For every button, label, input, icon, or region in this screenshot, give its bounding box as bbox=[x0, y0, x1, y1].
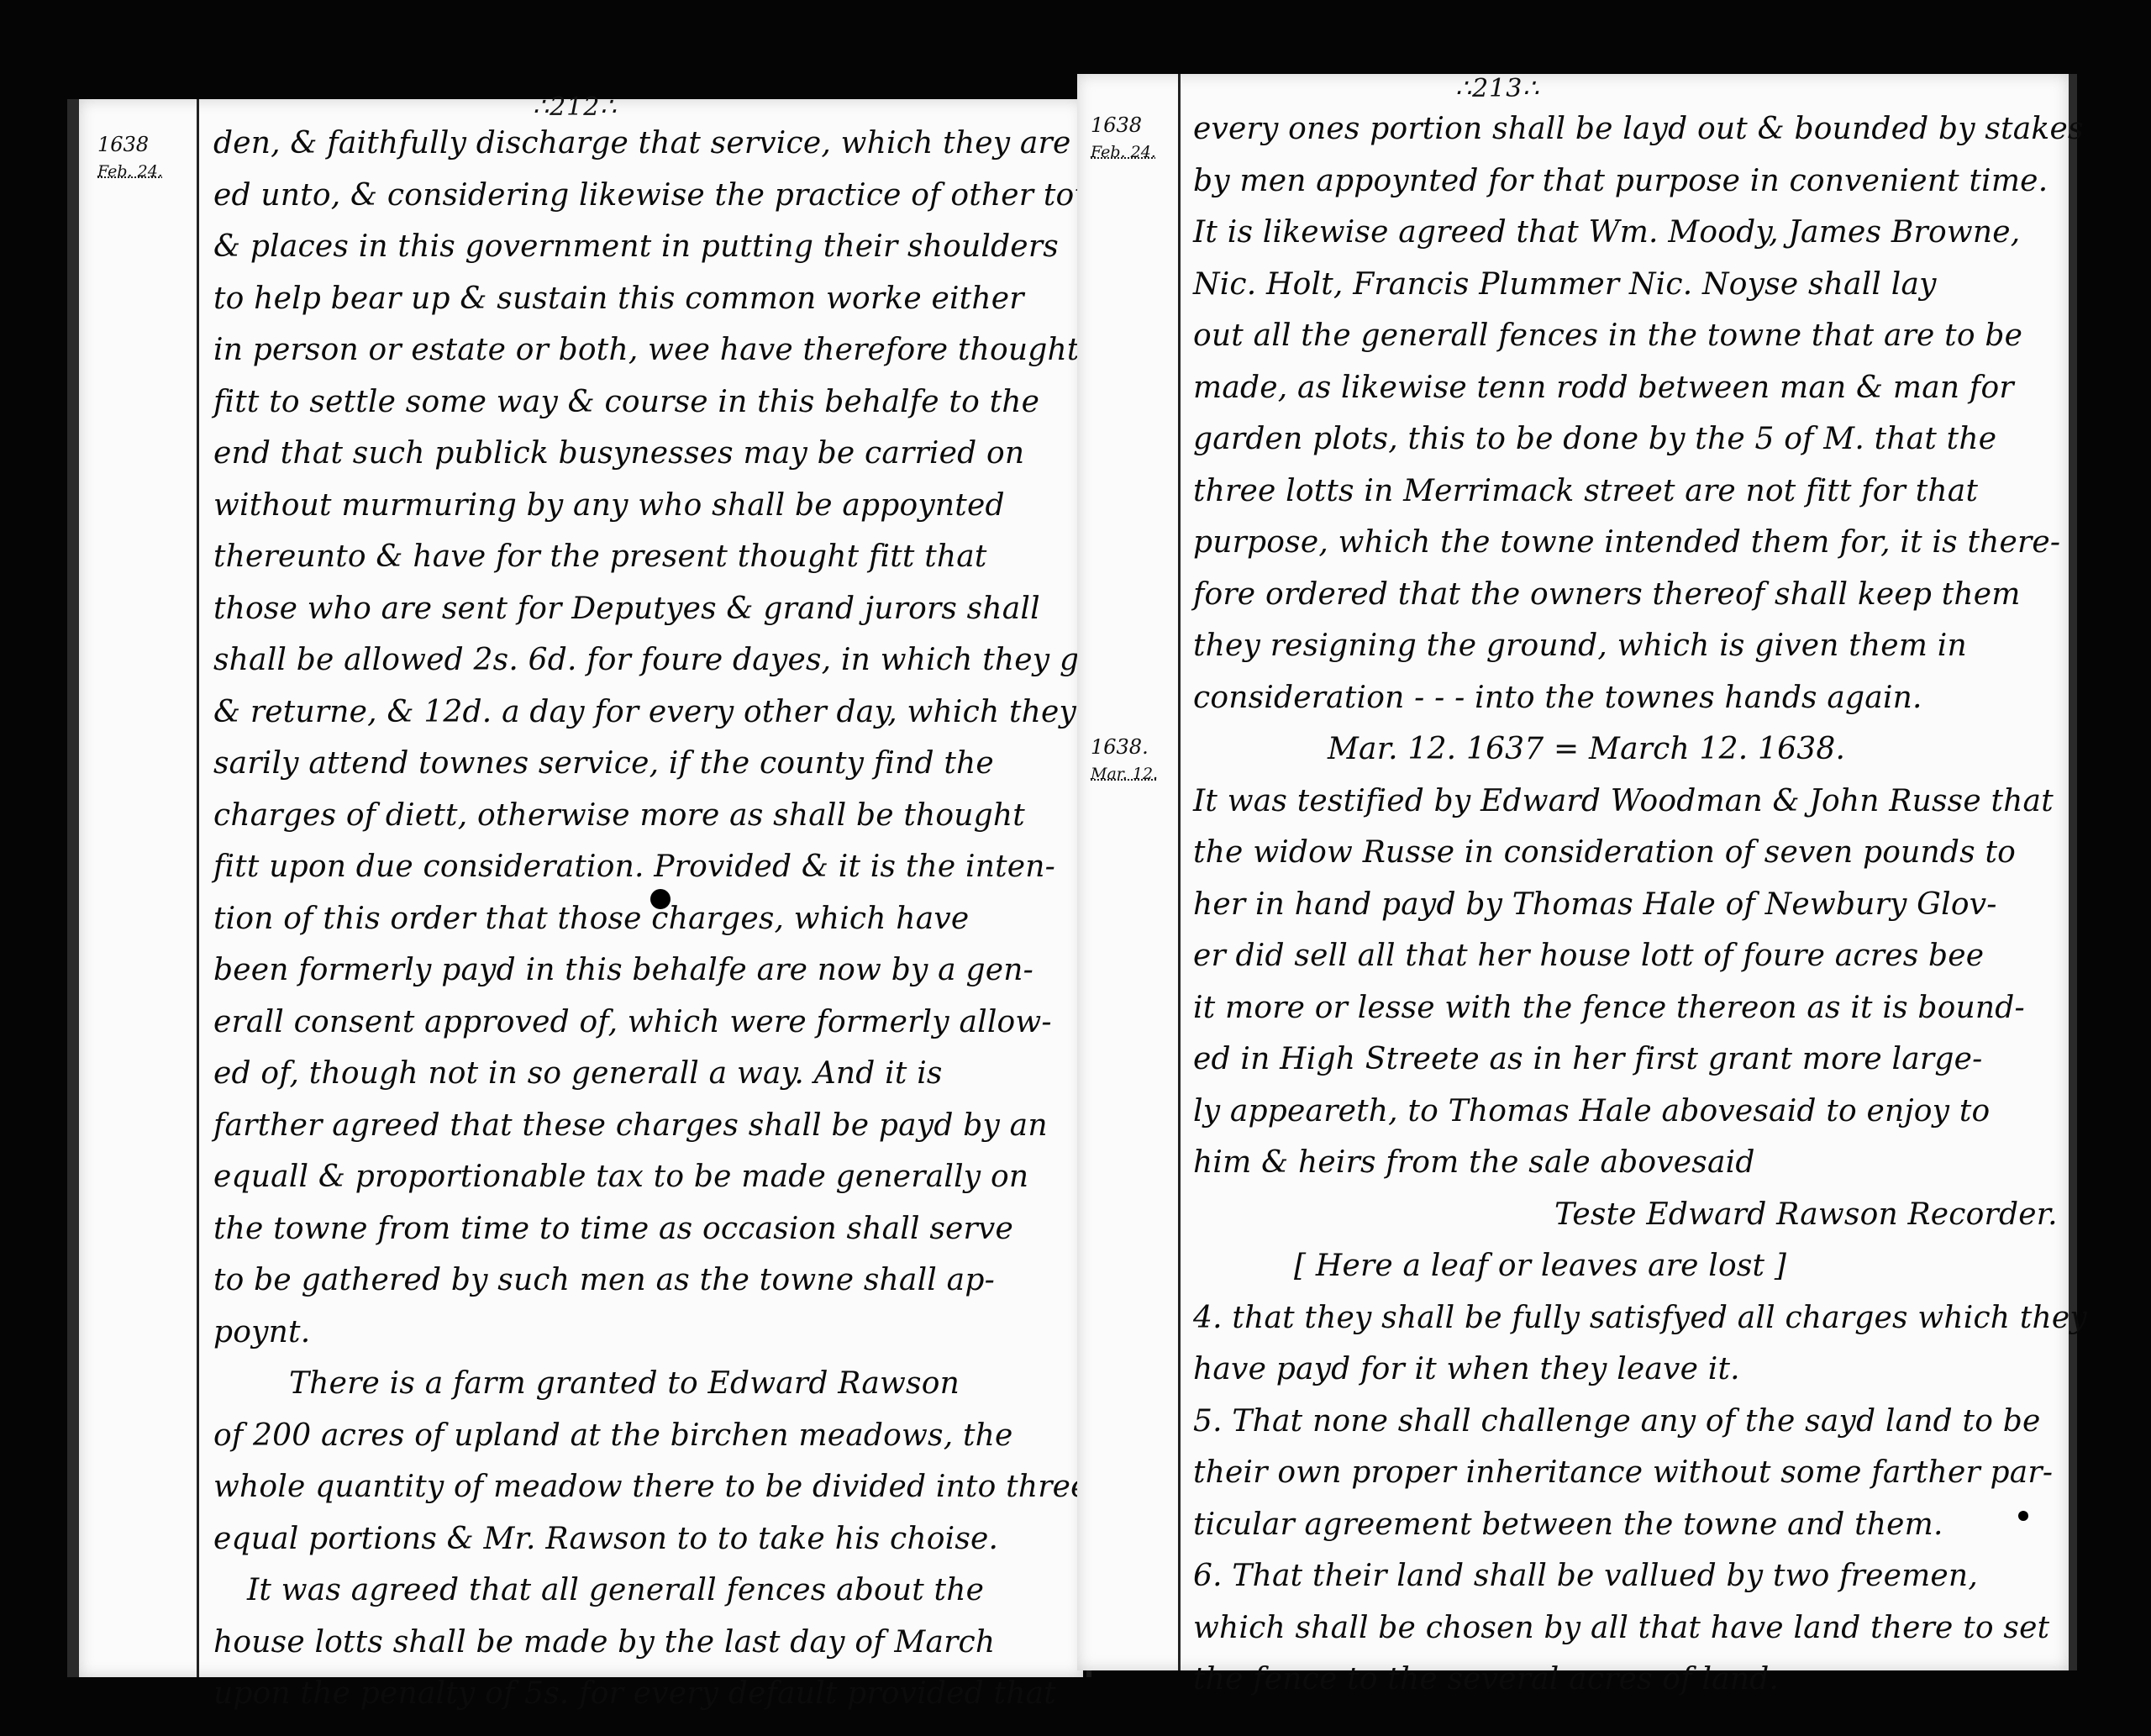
text-line: It is likewise agreed that Wm. Moody, Ja… bbox=[1193, 207, 2050, 259]
text-line: 6. That their land shall be vallued by t… bbox=[1193, 1550, 2050, 1602]
margin-date-note: 1638 Feb. 24. bbox=[1091, 112, 1183, 166]
scan-background: ∴212∴ 1638 Feb. 24. den, & faithfully di… bbox=[0, 0, 2151, 1736]
text-line: every ones portion shall be layd out & b… bbox=[1193, 103, 2050, 155]
text-line: ed in High Streete as in her first grant… bbox=[1193, 1034, 2050, 1086]
text-line: whole quantity of meadow there to be div… bbox=[213, 1461, 1062, 1513]
margin-day: Mar. 12. bbox=[1091, 760, 1183, 787]
left-page: ∴212∴ 1638 Feb. 24. den, & faithfully di… bbox=[67, 99, 1083, 1677]
text-line: which shall be chosen by all that have l… bbox=[1193, 1602, 2050, 1654]
text-line: of 200 acres of upland at the birchen me… bbox=[213, 1410, 1062, 1462]
entry-heading: Mar. 12. 1637 = March 12. 1638. bbox=[1193, 723, 2050, 776]
text-line: house lotts shall be made by the last da… bbox=[213, 1617, 1062, 1669]
text-line: been formerly payd in this behalfe are n… bbox=[213, 944, 1062, 997]
text-line: farther agreed that these charges shall … bbox=[213, 1100, 1062, 1152]
text-line: fore ordered that the owners thereof sha… bbox=[1193, 569, 2050, 621]
text-line: consideration - - - into the townes hand… bbox=[1193, 672, 2050, 724]
margin-year: 1638. bbox=[1091, 735, 1149, 759]
text-line: There is a farm granted to Edward Rawson bbox=[213, 1358, 1062, 1410]
text-line: end that such publick busynesses may be … bbox=[213, 428, 1062, 480]
text-line: their own proper inheritance without som… bbox=[1193, 1447, 2050, 1499]
text-line: thereunto & have for the present thought… bbox=[213, 531, 1062, 583]
text-line: er did sell all that her house lott of f… bbox=[1193, 930, 2050, 982]
text-line: the fence to the several acres of land. bbox=[1193, 1654, 2050, 1706]
text-line: equal portions & Mr. Rawson to to take h… bbox=[213, 1513, 1062, 1565]
text-line: purpose, which the towne intended them f… bbox=[1193, 517, 2050, 569]
margin-date-note: 1638 Feb. 24. bbox=[97, 131, 190, 185]
text-line: the widow Russe in consideration of seve… bbox=[1193, 827, 2050, 879]
margin-day: Feb. 24. bbox=[1091, 139, 1183, 166]
text-line: without murmuring by any who shall be ap… bbox=[213, 480, 1062, 532]
text-line: made, as likewise tenn rodd between man … bbox=[1193, 362, 2050, 414]
text-line: charges of diett, otherwise more as shal… bbox=[213, 790, 1062, 842]
margin-day: Feb. 24. bbox=[97, 158, 190, 185]
margin-date-note: 1638. Mar. 12. bbox=[1091, 734, 1183, 787]
right-margin-rule bbox=[1178, 74, 1181, 1670]
text-line: ed of, though not in so generall a way. … bbox=[213, 1048, 1062, 1100]
left-margin-rule bbox=[197, 99, 199, 1677]
right-page: ∴213∴ 1638 Feb. 24. 1638. Mar. 12. every… bbox=[1077, 74, 2077, 1670]
text-line: those who are sent for Deputyes & grand … bbox=[213, 583, 1062, 635]
text-line: they resigning the ground, which is give… bbox=[1193, 620, 2050, 672]
text-line: 5. That none shall challenge any of the … bbox=[1193, 1396, 2050, 1448]
text-line: ed unto, & considering likewise the prac… bbox=[213, 170, 1062, 222]
text-line: to be gathered by such men as the towne … bbox=[213, 1255, 1062, 1307]
editorial-note: [ Here a leaf or leaves are lost ] bbox=[1193, 1240, 2050, 1292]
text-line: sarily attend townes service, if the cou… bbox=[213, 738, 1062, 790]
left-page-text: den, & faithfully discharge that service… bbox=[213, 118, 1062, 1720]
text-line: tion of this order that those charges, w… bbox=[213, 893, 1062, 945]
text-line: ly appeareth, to Thomas Hale abovesaid t… bbox=[1193, 1086, 2050, 1138]
text-line: fitt to settle some way & course in this… bbox=[213, 376, 1062, 429]
margin-year: 1638 bbox=[97, 133, 149, 156]
text-line: out all the generall fences in the towne… bbox=[1193, 310, 2050, 362]
text-line: & places in this government in putting t… bbox=[213, 221, 1062, 273]
right-page-number: ∴213∴ bbox=[1455, 74, 1539, 103]
page-number-value: 213 bbox=[1472, 74, 1523, 103]
text-line: ticular agreement between the towne and … bbox=[1193, 1499, 2050, 1551]
text-line: by men appoynted for that purpose in con… bbox=[1193, 155, 2050, 208]
text-line: have payd for it when they leave it. bbox=[1193, 1344, 2050, 1396]
text-line: fitt upon due consideration. Provided & … bbox=[213, 841, 1062, 893]
text-line: in person or estate or both, wee have th… bbox=[213, 324, 1062, 376]
text-line: him & heirs from the sale abovesaid bbox=[1193, 1137, 2050, 1189]
text-line: poynt. bbox=[213, 1307, 1062, 1359]
recorder-signature: Teste Edward Rawson Recorder. bbox=[1193, 1189, 2050, 1241]
text-line: equall & proportionable tax to be made g… bbox=[213, 1151, 1062, 1203]
text-line: three lotts in Merrimack street are not … bbox=[1193, 466, 2050, 518]
text-line: It was agreed that all generall fences a… bbox=[213, 1565, 1062, 1617]
text-line: erall consent approved of, which were fo… bbox=[213, 997, 1062, 1049]
text-line: Nic. Holt, Francis Plummer Nic. Noyse sh… bbox=[1193, 259, 2050, 311]
margin-year: 1638 bbox=[1091, 113, 1142, 137]
text-line: It was testified by Edward Woodman & Joh… bbox=[1193, 776, 2050, 828]
text-line: shall be allowed 2s. 6d. for foure dayes… bbox=[213, 634, 1062, 687]
text-line: & returne, & 12d. a day for every other … bbox=[213, 687, 1062, 739]
text-line: garden plots, this to be done by the 5 o… bbox=[1193, 413, 2050, 466]
right-page-text: every ones portion shall be layd out & b… bbox=[1193, 103, 2050, 1706]
text-line: her in hand payd by Thomas Hale of Newbu… bbox=[1193, 879, 2050, 931]
text-line: to help bear up & sustain this common wo… bbox=[213, 273, 1062, 325]
text-line: the towne from time to time as occasion … bbox=[213, 1203, 1062, 1255]
text-line: den, & faithfully discharge that service… bbox=[213, 118, 1062, 170]
text-line: upon the penalty of 5s. for every defaul… bbox=[213, 1668, 1062, 1720]
text-line: 4. that they shall be fully satisfyed al… bbox=[1193, 1292, 2050, 1344]
text-line: it more or lesse with the fence thereon … bbox=[1193, 982, 2050, 1034]
